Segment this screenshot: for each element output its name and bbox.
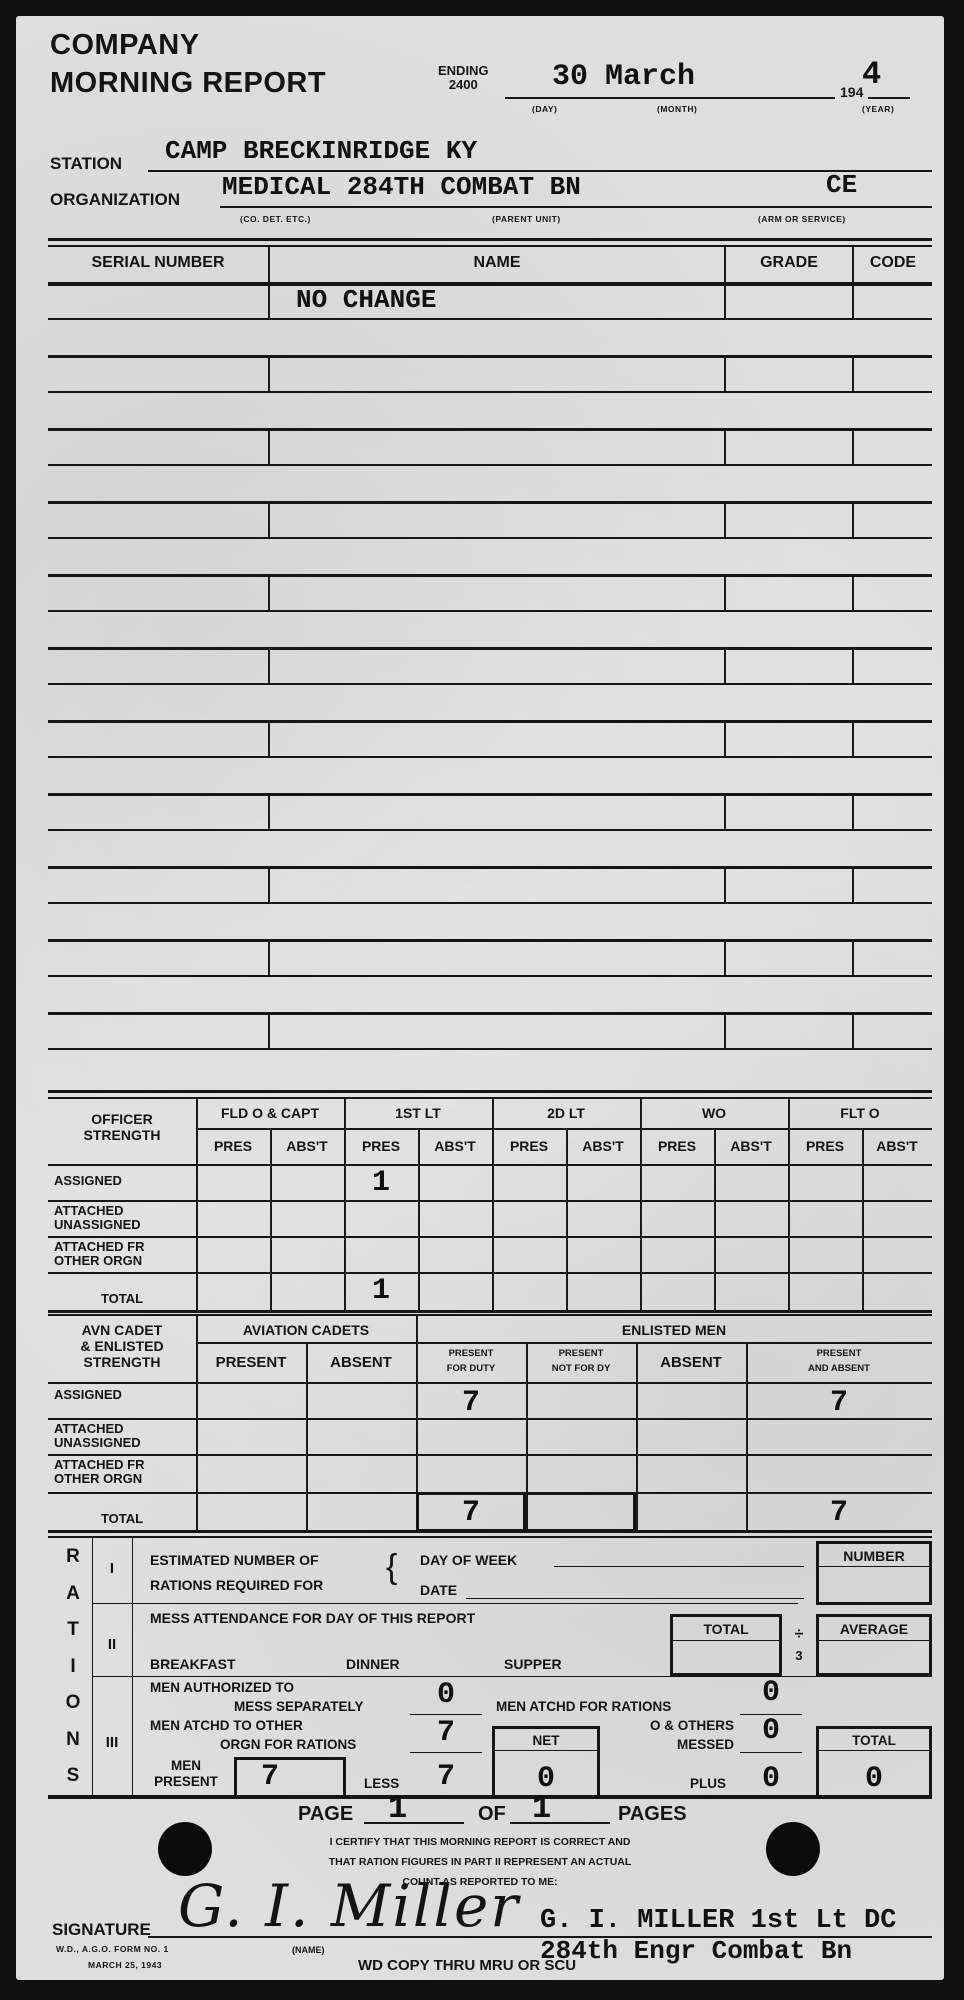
officer-subcol-header: PRES [492,1138,566,1154]
enlisted-value-cell[interactable] [636,1496,746,1530]
table-row[interactable] [48,574,932,610]
page-underline [364,1822,464,1824]
enlisted-value-cell[interactable] [416,1422,526,1456]
net-label: NET [492,1733,600,1748]
copy-note: WD COPY THRU MRU OR SCU [358,1957,576,1974]
date-label: DATE [420,1582,457,1598]
divide-icon: ÷ [784,1626,814,1644]
officer-group-header: WO [640,1105,788,1121]
rations-side-letter: R [62,1546,84,1568]
officer-group-header: FLD O & CAPT [196,1105,344,1121]
col-header-line-2: FOR DUTY [416,1361,526,1376]
others-messed-label-2: MESSED [622,1737,734,1752]
officer-value-cell[interactable] [788,1166,862,1200]
enlisted-row-label: ASSIGNED [54,1388,190,1402]
rations-side-letter: S [62,1765,84,1787]
officer-value-cell[interactable] [788,1238,862,1272]
organization-underline [220,206,932,208]
brace-icon: { [386,1548,397,1587]
row-rule-thin [48,318,932,320]
average-divider [818,1640,930,1641]
enlisted-value-cell[interactable]: 7 [746,1496,932,1530]
men-authorized-label-1: MEN AUTHORIZED TO [150,1680,294,1695]
officer-subcol-header: ABS'T [862,1138,932,1154]
col-header-serial: SERIAL NUMBER [48,254,268,272]
table-row[interactable] [48,428,932,464]
row-label-line: TOTAL [54,1512,190,1526]
enlisted-value-cell[interactable] [416,1458,526,1492]
enlisted-value-cell[interactable] [636,1458,746,1492]
officer-value-cell[interactable] [492,1202,566,1236]
row-rule-thin [48,829,932,831]
enlisted-value-cell[interactable] [746,1458,932,1492]
officer-subcol-header: ABS'T [418,1138,492,1154]
form-title-line2: MORNING REPORT [50,66,326,100]
officer-subcol-header: PRES [344,1138,418,1154]
signature-label: SIGNATURE [52,1920,151,1940]
mess-total-divider [672,1640,780,1641]
pages-underline [510,1822,610,1824]
mess-total-field[interactable] [674,1642,778,1672]
officer-value-cell[interactable] [270,1166,344,1200]
men-authorized-value[interactable]: 0 [410,1678,482,1712]
officer-value-cell[interactable] [566,1238,640,1272]
form-title-line1: COMPANY [50,28,200,62]
station-label: STATION [50,154,122,174]
table-row[interactable] [48,793,932,829]
men-atchd-rations-value[interactable]: 0 [740,1676,802,1710]
enlisted-value-cell[interactable]: 7 [416,1496,526,1530]
officer-strength-title: OFFICERSTRENGTH [48,1111,196,1143]
enlisted-row-label: ATTACHEDUNASSIGNED [54,1422,190,1450]
date-underline [505,97,835,99]
cadet-col-header: ABSENT [306,1354,416,1371]
officer-value-cell[interactable] [862,1274,932,1308]
breakfast-label: BREAKFAST [150,1656,236,1672]
officer-value-cell[interactable] [862,1166,932,1200]
row-label-line: ATTACHED [54,1204,190,1218]
officer-value-cell[interactable] [788,1274,862,1308]
typed-name[interactable]: G. I. MILLER 1st Lt DC [540,1906,896,1936]
ending-label-1: ENDING [438,64,489,78]
number-field[interactable] [820,1568,928,1602]
mess-attendance-label: MESS ATTENDANCE FOR DAY OF THIS REPORT [150,1610,475,1626]
officer-row-label: ASSIGNED [54,1174,190,1188]
net-divider [494,1750,598,1751]
enlisted-men-header: ENLISTED MEN [416,1322,932,1338]
month-caption: (MONTH) [657,104,697,114]
title-line: AVN CADET [48,1322,196,1338]
divide-by-value: 3 [784,1648,814,1663]
title-line: & ENLISTED [48,1338,196,1354]
table-top-rule [48,238,932,241]
arm-service-value[interactable]: CE [826,170,857,200]
officer-value-cell[interactable] [640,1166,714,1200]
col-header-grade: GRADE [726,254,852,272]
men-atchd-other-label-2: ORGN FOR RATIONS [220,1737,356,1752]
enlisted-value-cell[interactable] [636,1386,746,1420]
table-top-rule-2 [48,245,932,247]
officer-value-cell[interactable] [270,1274,344,1308]
title-line: STRENGTH [48,1354,196,1370]
of-label: OF [478,1803,506,1826]
part-ii-numeral: II [92,1636,132,1653]
enlisted-value-cell[interactable] [746,1422,932,1456]
grid-rule [48,1314,932,1316]
unit-caption: (CO. DET. ETC.) [240,214,311,224]
enlisted-value-cell[interactable] [636,1422,746,1456]
ending-label-2: 2400 [438,78,489,92]
officer-subcol-header: ABS'T [270,1138,344,1154]
enlisted-value-cell[interactable] [306,1496,416,1530]
officer-group-header: 1ST LT [344,1105,492,1121]
part-divider [92,1603,798,1604]
table-row[interactable] [48,355,932,391]
table-row[interactable] [48,501,932,537]
enlisted-value-cell[interactable] [526,1422,636,1456]
punch-hole-right [766,1822,820,1876]
officer-value-cell[interactable] [640,1274,714,1308]
officer-row-label: ATTACHED FROTHER ORGN [54,1240,190,1268]
ending-label: ENDING 2400 [438,64,489,92]
dinner-label: DINNER [346,1656,400,1672]
less-label: LESS [364,1776,399,1791]
officer-value-cell[interactable] [714,1238,788,1272]
rations-total-value[interactable]: 0 [816,1762,932,1796]
report-month[interactable]: March [605,60,695,94]
men-authorized-underline [410,1714,482,1715]
grid-rule [196,1128,932,1130]
year-prefix: 194 [840,84,863,100]
year-caption: (YEAR) [862,104,894,114]
enlisted-value-cell[interactable]: 7 [746,1386,932,1420]
col-header-line-1: PRESENT [526,1346,636,1361]
others-messed-underline [740,1752,802,1753]
officer-subcol-header: PRES [788,1138,862,1154]
officer-value-cell[interactable] [492,1238,566,1272]
row-rule-thin [48,902,932,904]
cadet-col-header: PRESENT [196,1354,306,1371]
enlisted-value-cell[interactable] [526,1458,636,1492]
row-rule-thin [48,391,932,393]
number-divider [818,1566,930,1567]
row-rule-thin [48,537,932,539]
officer-row-label: TOTAL [54,1292,190,1306]
officer-value-cell[interactable] [714,1166,788,1200]
row-label-line: OTHER ORGN [54,1472,190,1486]
page-number[interactable]: 1 [388,1790,407,1827]
part-divider [92,1676,932,1677]
row-rule-thin [48,756,932,758]
officer-value-cell[interactable] [270,1202,344,1236]
officer-value-cell[interactable] [418,1202,492,1236]
col-header-line-2: NOT FOR DY [526,1361,636,1376]
table-row[interactable] [48,866,932,902]
officer-value-cell[interactable] [196,1166,270,1200]
certify-line-2: THAT RATION FIGURES IN PART II REPRESENT… [240,1852,720,1872]
officer-value-cell[interactable] [640,1238,714,1272]
report-day[interactable]: 30 [552,60,588,94]
men-present-value[interactable]: 7 [240,1760,300,1794]
row-label-line: ATTACHED [54,1422,190,1436]
officer-value-cell[interactable]: 1 [344,1166,418,1200]
rations-top-rule [48,1536,932,1538]
officer-value-cell[interactable] [714,1274,788,1308]
officer-group-header: FLT O [788,1105,932,1121]
report-year-digit[interactable]: 4 [862,56,881,93]
typed-unit[interactable]: 284th Engr Combat Bn [540,1936,852,1966]
enlisted-col-header: PRESENTFOR DUTY [416,1346,526,1376]
date-field[interactable] [466,1580,804,1598]
rations-side-letter: O [62,1692,84,1714]
organization-label: ORGANIZATION [50,190,180,210]
handwritten-signature[interactable]: G. I. Miller [178,1872,520,1940]
table-row[interactable] [48,282,932,318]
row-label-line: TOTAL [54,1292,190,1306]
enlisted-value-cell[interactable] [306,1458,416,1492]
officer-value-cell[interactable] [344,1238,418,1272]
part-i-label-1: ESTIMATED NUMBER OF [150,1552,319,1568]
organization-value[interactable]: MEDICAL 284TH COMBAT BN [222,172,581,202]
officer-value-cell[interactable] [640,1202,714,1236]
grid-rule [48,1382,932,1384]
enlisted-value-cell[interactable] [526,1496,636,1530]
row-label-line: ATTACHED FR [54,1458,190,1472]
men-atchd-other-underline [410,1752,482,1753]
table-row-name[interactable]: NO CHANGE [296,285,436,315]
col-header-line-1: PRESENT [746,1346,932,1361]
officer-subcol-header: ABS'T [714,1138,788,1154]
enlisted-value-cell[interactable] [306,1422,416,1456]
name-caption: (NAME) [292,1945,325,1955]
officer-subcol-header: ABS'T [566,1138,640,1154]
rations-divider [132,1538,133,1796]
enlisted-col-header: PRESENTNOT FOR DY [526,1346,636,1376]
supper-label: SUPPER [504,1656,562,1672]
officer-value-cell[interactable] [492,1274,566,1308]
average-field[interactable] [820,1642,928,1672]
pages-label: PAGES [618,1803,687,1826]
officer-value-cell[interactable] [418,1166,492,1200]
rations-total-divider [818,1750,930,1751]
officer-title-2: STRENGTH [48,1127,196,1143]
officer-value-cell[interactable] [566,1166,640,1200]
officer-value-cell[interactable] [566,1274,640,1308]
col-header-line-2: AND ABSENT [746,1361,932,1376]
row-label-line: UNASSIGNED [54,1218,190,1232]
row-rule-thin [48,683,932,685]
officer-group-header: 2D LT [492,1105,640,1121]
row-label-line: ASSIGNED [54,1174,190,1188]
plus-value[interactable]: 0 [740,1762,802,1796]
certify-line-1: I CERTIFY THAT THIS MORNING REPORT IS CO… [240,1832,720,1852]
table-row[interactable] [48,647,932,683]
enlisted-value-cell[interactable] [526,1386,636,1420]
enlisted-row-label: ATTACHED FROTHER ORGN [54,1458,190,1486]
officer-subcol-header: PRES [640,1138,714,1154]
row-label-line: ASSIGNED [54,1388,190,1402]
officer-value-cell[interactable] [788,1202,862,1236]
men-present-label: MENPRESENT [144,1758,228,1790]
mess-total-label: TOTAL [670,1621,782,1637]
enlisted-value-cell[interactable] [196,1458,306,1492]
enlisted-col-header: ABSENT [636,1354,746,1371]
officer-value-cell[interactable] [418,1274,492,1308]
officer-value-cell[interactable]: 1 [344,1274,418,1308]
station-value[interactable]: CAMP BRECKINRIDGE KY [165,136,477,166]
officer-value-cell[interactable] [566,1202,640,1236]
officer-value-cell[interactable] [270,1238,344,1272]
part-iii-numeral: III [92,1734,132,1751]
officer-value-cell[interactable] [196,1202,270,1236]
officer-value-cell[interactable] [196,1274,270,1308]
day-of-week-label: DAY OF WEEK [420,1552,517,1568]
row-label-line: ATTACHED FR [54,1240,190,1254]
officer-value-cell[interactable] [196,1238,270,1272]
table-row[interactable] [48,720,932,756]
officer-value-cell[interactable] [714,1202,788,1236]
row-rule-thin [48,1048,932,1050]
men-atchd-other-value[interactable]: 7 [410,1716,482,1750]
officer-value-cell[interactable] [418,1238,492,1272]
men-atchd-other-label-1: MEN ATCHD TO OTHER [150,1718,303,1733]
col-header-line-1: PRESENT [416,1346,526,1361]
rations-side-letter: N [62,1729,84,1751]
form-number: W.D., A.G.O. FORM NO. 1 [56,1944,169,1954]
enlisted-col-header: PRESENTAND ABSENT [746,1346,932,1376]
part-i-numeral: I [92,1560,132,1577]
average-label: AVERAGE [816,1621,932,1637]
men-authorized-label-2: MESS SEPARATELY [234,1699,364,1714]
men-atchd-rations-label: MEN ATCHD FOR RATIONS [496,1699,671,1714]
row-rule-thin [48,464,932,466]
col-header-code: CODE [854,254,932,272]
officer-title-1: OFFICER [48,1111,196,1127]
enlisted-value-cell[interactable] [196,1422,306,1456]
less-value[interactable]: 7 [410,1760,482,1794]
parent-unit-caption: (PARENT UNIT) [492,214,561,224]
table-row[interactable] [48,939,932,975]
number-label: NUMBER [816,1548,932,1564]
total-pages[interactable]: 1 [532,1790,551,1827]
row-label-line: UNASSIGNED [54,1436,190,1450]
form-date: MARCH 25, 1943 [88,1960,162,1970]
day-of-week-underline [554,1566,804,1567]
enlisted-value-cell[interactable] [306,1386,416,1420]
enlisted-row-label: TOTAL [54,1512,190,1526]
others-messed-label-1: O & OTHERS [622,1718,734,1733]
row-rule-thin [48,975,932,977]
officer-value-cell[interactable] [862,1202,932,1236]
label-line: MEN [144,1758,228,1774]
row-rule-thin [48,610,932,612]
rations-side-letter: I [62,1656,84,1678]
officer-value-cell[interactable] [344,1202,418,1236]
enlisted-value-cell[interactable]: 7 [416,1386,526,1420]
aviation-cadets-header: AVIATION CADETS [196,1322,416,1338]
officer-top-rule-2 [48,1097,932,1099]
arm-service-caption: (ARM OR SERVICE) [758,214,846,224]
row-label-line: OTHER ORGN [54,1254,190,1268]
enlisted-value-cell[interactable] [196,1386,306,1420]
day-caption: (DAY) [532,104,557,114]
officer-value-cell[interactable] [492,1166,566,1200]
rations-side-letter: T [62,1619,84,1641]
year-underline [868,97,910,99]
date-underline [466,1598,804,1599]
col-header-name: NAME [270,254,724,272]
officer-subcol-header: PRES [196,1138,270,1154]
page-label: PAGE [298,1803,353,1826]
plus-label: PLUS [690,1776,726,1791]
enlisted-value-cell[interactable] [196,1496,306,1530]
others-messed-value[interactable]: 0 [740,1714,802,1748]
day-of-week-field[interactable] [554,1548,804,1566]
rations-side-letter: A [62,1583,84,1605]
grid-rule [48,1310,932,1313]
punch-hole-left [158,1822,212,1876]
enlisted-strength-title: AVN CADET& ENLISTEDSTRENGTH [48,1322,196,1370]
rations-total-label: TOTAL [816,1733,932,1748]
officer-row-label: ATTACHEDUNASSIGNED [54,1204,190,1232]
part-i-label-2: RATIONS REQUIRED FOR [150,1577,323,1593]
officer-value-cell[interactable] [862,1238,932,1272]
table-row[interactable] [48,1012,932,1048]
label-line: PRESENT [144,1774,228,1790]
officer-top-rule [48,1090,932,1093]
